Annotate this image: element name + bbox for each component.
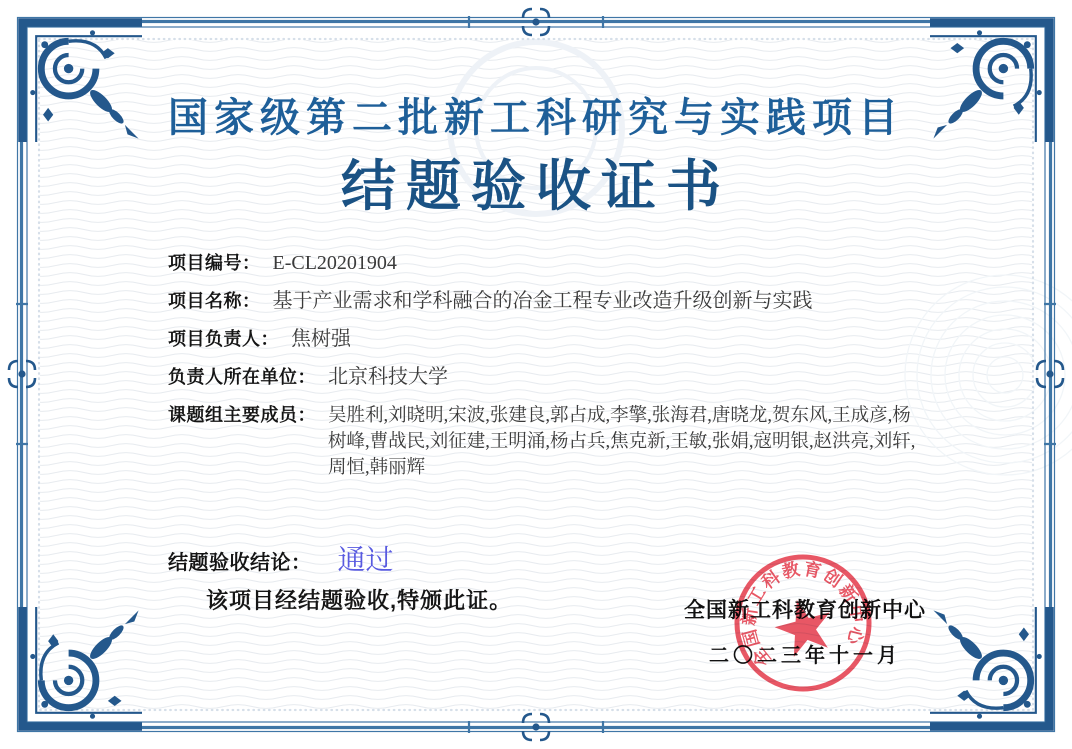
certificate-content: 国家级第二批新工科研究与实践项目 结题验收证书 项目编号： E-CL202019… (0, 0, 1072, 749)
field-label: 项目名称： (168, 288, 261, 314)
field-row-leader-institution: 负责人所在单位： 北京科技大学 (168, 364, 924, 390)
official-seal: 全国新工科教育创新中心 (725, 545, 881, 701)
grant-statement: 该项目经结题验收,特颁此证。 (206, 584, 512, 615)
conclusion-label: 结题验收结论： (168, 546, 312, 575)
field-value: 焦树强 (291, 326, 351, 352)
certificate-title: 国家级第二批新工科研究与实践项目 (0, 86, 1072, 143)
field-row-project-leader: 项目负责人： 焦树强 (168, 326, 924, 352)
seal-group: 全国新工科教育创新中心 (725, 545, 881, 701)
field-value: E-CL20201904 (273, 250, 397, 276)
field-row-project-number: 项目编号： E-CL20201904 (168, 250, 924, 276)
conclusion-row: 结题验收结论： 通过 (168, 538, 394, 578)
star-icon (769, 592, 838, 659)
field-label: 负责人所在单位： (168, 364, 316, 390)
field-value: 北京科技大学 (328, 364, 448, 390)
field-label: 项目编号： (168, 250, 261, 276)
certificate-subtitle: 结题验收证书 (0, 142, 1072, 221)
conclusion-value: 通过 (338, 538, 394, 578)
field-value: 吴胜利,刘晓明,宋波,张建良,郭占成,李擎,张海君,唐晓龙,贺东风,王成彦,杨树… (328, 403, 924, 481)
certificate-page: 全国新工科教育创新中心 国家级第二批新工科研究与实践项目 结题验收证书 项目编号… (0, 0, 1072, 749)
field-label: 项目负责人： (168, 326, 279, 352)
field-row-team-members: 课题组主要成员： 吴胜利,刘晓明,宋波,张建良,郭占成,李擎,张海君,唐晓龙,贺… (168, 402, 924, 481)
field-list: 项目编号： E-CL20201904 项目名称： 基于产业需求和学科融合的冶金工… (168, 250, 924, 493)
field-value: 基于产业需求和学科融合的冶金工程专业改造升级创新与实践 (273, 288, 813, 314)
field-label: 课题组主要成员： (168, 402, 316, 428)
field-row-project-name: 项目名称： 基于产业需求和学科融合的冶金工程专业改造升级创新与实践 (168, 288, 924, 314)
